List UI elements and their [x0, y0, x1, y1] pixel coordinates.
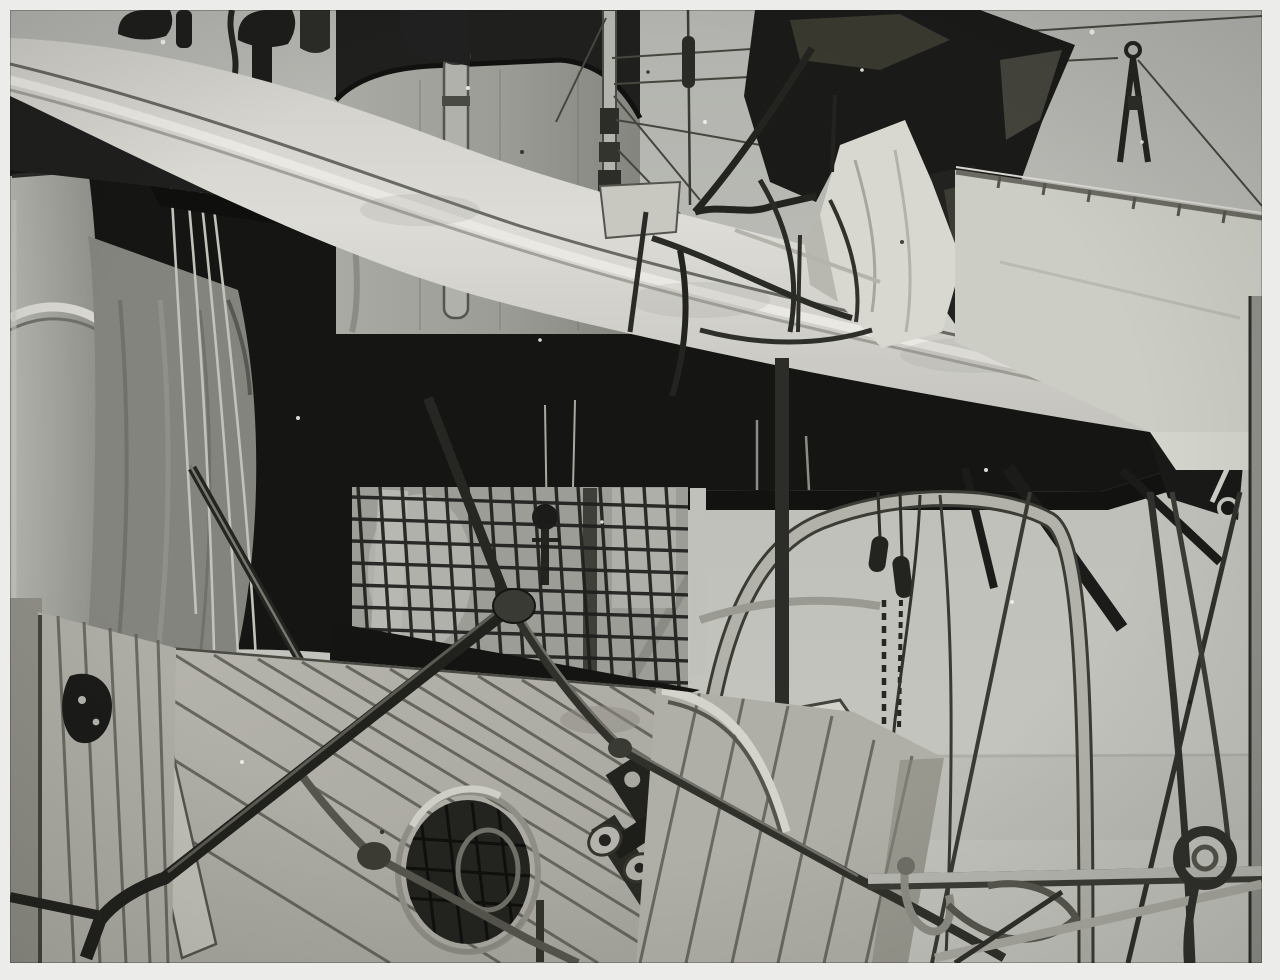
photograph: [0, 0, 1280, 980]
vignette: [10, 10, 1262, 963]
photo-print: [0, 0, 1280, 980]
